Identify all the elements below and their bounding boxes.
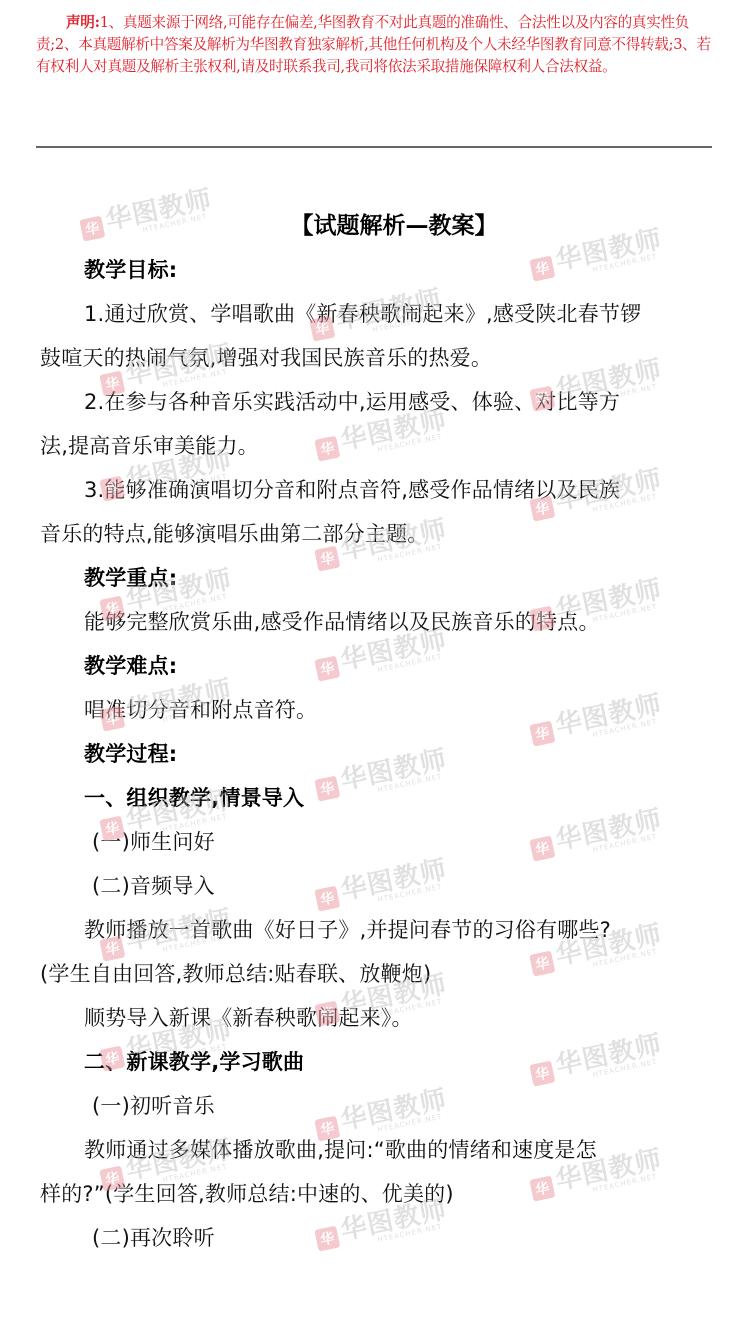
subsection-heading: (一)师生问好 xyxy=(92,829,748,855)
disclaimer: 声明:1、真题来源于网络,可能存在偏差,华图教育不对此真题的准确性、合法性以及内… xyxy=(36,12,712,78)
paragraph-line: 音乐的特点,能够演唱乐曲第二部分主题。 xyxy=(40,521,715,547)
paragraph-line: 样的?”(学生回答,教师总结:中速的、优美的) xyxy=(40,1181,715,1207)
subsection-heading: (一)初听音乐 xyxy=(92,1093,748,1119)
paragraph-line: 3.能够准确演唱切分音和附点音符,感受作品情绪以及民族 xyxy=(84,477,714,503)
disclaimer-text: 1、真题来源于网络,可能存在偏差,华图教育不对此真题的准确性、合法性以及内容的真… xyxy=(36,14,711,75)
paragraph-line: 教师通过多媒体播放歌曲,提问:“歌曲的情绪和速度是怎 xyxy=(84,1137,714,1163)
paragraph-line: 1.通过欣赏、学唱歌曲《新春秧歌闹起来》,感受陕北春节锣 xyxy=(84,301,714,327)
paragraph-line: 教师播放一首歌曲《好日子》,并提问春节的习俗有哪些? xyxy=(84,917,714,943)
subsection-heading: (二)音频导入 xyxy=(92,873,748,899)
document-title: 【试题解析—教案】 xyxy=(0,207,748,240)
disclaimer-label: 声明: xyxy=(66,14,100,31)
subsection-heading: (二)再次聆听 xyxy=(92,1225,748,1251)
paragraph-line: 鼓喧天的热闹气氛,增强对我国民族音乐的热爱。 xyxy=(40,345,715,371)
heading-objectives: 教学目标: xyxy=(84,257,714,283)
paragraph-line: 顺势导入新课《新春秧歌闹起来》。 xyxy=(84,1005,714,1031)
heading-process: 教学过程: xyxy=(84,741,714,767)
heading-key-points: 教学重点: xyxy=(84,565,714,591)
section-heading-2: 二、新课教学,学习歌曲 xyxy=(84,1049,714,1075)
paragraph-line: (学生自由回答,教师总结:贴春联、放鞭炮) xyxy=(40,961,715,987)
heading-difficulties: 教学难点: xyxy=(84,653,714,679)
paragraph-line: 唱准切分音和附点音符。 xyxy=(84,697,714,723)
paragraph-line: 能够完整欣赏乐曲,感受作品情绪以及民族音乐的特点。 xyxy=(84,609,714,635)
paragraph-line: 2.在参与各种音乐实践活动中,运用感受、体验、对比等方 xyxy=(84,389,714,415)
section-heading-1: 一、组织教学,情景导入 xyxy=(84,785,714,811)
separator-line xyxy=(36,146,712,148)
paragraph-line: 法,提高音乐审美能力。 xyxy=(40,433,715,459)
